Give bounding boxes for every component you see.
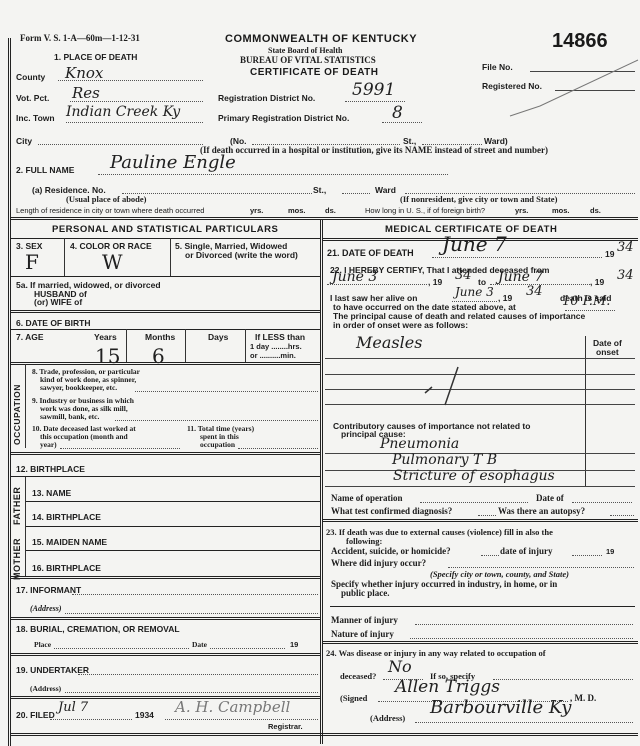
age-row-line bbox=[10, 362, 320, 365]
less-label-2: 1 day ........hrs. bbox=[250, 342, 302, 351]
primary-district-value: 8 bbox=[392, 103, 403, 123]
birthplace-label: 12. BIRTHPLACE bbox=[16, 464, 85, 474]
informant-address-line bbox=[65, 613, 318, 614]
trade-label-3: sawyer, bookkeeper, etc. bbox=[40, 383, 117, 392]
registration-district-value: 5991 bbox=[352, 80, 395, 100]
board-name: State Board of Health bbox=[268, 46, 342, 55]
registrar-line bbox=[165, 719, 318, 720]
industry-label-3: sawmill, bank, etc. bbox=[40, 412, 99, 421]
occ-related-label: 24. Was disease or injury in any way rel… bbox=[326, 648, 546, 658]
test-label: What test confirmed diagnosis? bbox=[331, 506, 452, 516]
from-year-prefix: , 19 bbox=[428, 277, 442, 287]
accident-line bbox=[481, 555, 499, 556]
burial-place-line bbox=[54, 648, 189, 649]
last-saw-value: June 3 bbox=[455, 285, 494, 299]
md-label: , M. D. bbox=[570, 693, 596, 703]
operation-date-line bbox=[572, 502, 632, 503]
less-label-3: or ..........min. bbox=[250, 351, 296, 360]
marital-label-2: or Divorced (write the word) bbox=[185, 250, 298, 260]
time-value: 10 P.M. bbox=[562, 294, 610, 309]
column-divider bbox=[320, 219, 323, 744]
bottom-border bbox=[10, 733, 638, 736]
age-label: 7. AGE bbox=[16, 332, 44, 342]
if-so-line bbox=[493, 679, 633, 680]
residence-ward-label: Ward bbox=[375, 185, 396, 195]
operation-bottom-line bbox=[323, 519, 638, 522]
days-divider bbox=[245, 329, 246, 362]
sex-value: F bbox=[25, 250, 39, 274]
mother-birthplace-line bbox=[10, 576, 320, 579]
to-value: June 7 bbox=[498, 269, 543, 285]
length-yrs: yrs. bbox=[250, 206, 263, 215]
foreign-birth-label: How long in U. S., if of foreign birth? bbox=[365, 206, 485, 215]
parents-side-divider bbox=[25, 477, 26, 577]
residence-line bbox=[122, 193, 312, 194]
filed-date-value: Jul 7 bbox=[58, 700, 88, 715]
months-label: Months bbox=[145, 332, 175, 342]
birthplace-line bbox=[10, 476, 320, 477]
cause-line-2 bbox=[325, 374, 635, 375]
where-line bbox=[448, 567, 634, 568]
specify-line bbox=[330, 606, 635, 607]
mother-maiden-label: 15. MAIDEN NAME bbox=[32, 537, 107, 547]
spouse-row-line bbox=[10, 310, 320, 313]
mother-birthplace-label: 16. BIRTHPLACE bbox=[32, 563, 101, 573]
vot-pct-label: Vot. Pct. bbox=[16, 93, 49, 103]
contributory-cause-2: Pulmonary T B bbox=[392, 452, 497, 468]
left-border bbox=[8, 38, 11, 746]
mother-maiden-line bbox=[26, 550, 320, 551]
inc-town-label: Inc. Town bbox=[16, 113, 55, 123]
informant-line bbox=[72, 594, 318, 595]
cause-strike-mark bbox=[380, 365, 470, 410]
contributory-cause-1: Pneumonia bbox=[380, 436, 459, 452]
dod-year-prefix: 19 bbox=[605, 249, 614, 259]
injury-date-label: date of injury bbox=[500, 546, 553, 556]
filed-date-line bbox=[50, 719, 132, 720]
inc-town-line bbox=[66, 122, 203, 123]
length-mos: mos. bbox=[288, 206, 306, 215]
hospital-note: (If death occurred in a hospital or inst… bbox=[200, 145, 548, 155]
filed-label: 20. FILED bbox=[16, 710, 55, 720]
vot-pct-value: Res bbox=[72, 84, 100, 102]
cause-line-1 bbox=[325, 358, 635, 359]
contributory-cause-3: Stricture of esophagus bbox=[393, 468, 555, 484]
filed-year-value: 1934 bbox=[135, 710, 154, 720]
undertaker-address-label: (Address) bbox=[30, 684, 61, 693]
death-certificate: Form V. S. 1-A—60m—1-12-31 COMMONWEALTH … bbox=[0, 0, 640, 746]
length-ds: ds. bbox=[325, 206, 336, 215]
inc-town-value: Indian Creek Ky bbox=[66, 104, 180, 120]
burial-year-prefix: 19 bbox=[290, 640, 298, 649]
undertaker-address-line bbox=[65, 692, 318, 693]
foreign-mos: mos. bbox=[552, 206, 570, 215]
days-label: Days bbox=[208, 332, 228, 342]
informant-address-label: (Address) bbox=[30, 604, 62, 613]
length-residence-label: Length of residence in city or town wher… bbox=[16, 206, 204, 215]
occupation-bottom-line bbox=[10, 452, 320, 455]
total-time-line bbox=[238, 448, 318, 449]
specify-label-2: public place. bbox=[341, 588, 390, 598]
manner-line bbox=[415, 624, 633, 625]
injury-year-prefix: 19 bbox=[606, 547, 614, 556]
years-label: Years bbox=[94, 332, 117, 342]
state-title: COMMONWEALTH OF KENTUCKY bbox=[225, 33, 417, 45]
from-value: June 3 bbox=[332, 269, 377, 285]
place-of-death-label: 1. PLACE OF DEATH bbox=[54, 52, 137, 62]
county-value: Knox bbox=[65, 64, 103, 82]
cause-line-3 bbox=[325, 389, 635, 390]
personal-title-line bbox=[10, 238, 320, 239]
dod-value: June 7 bbox=[442, 232, 507, 256]
registrar-signature: A. H. Campbell bbox=[175, 698, 290, 716]
residence-ward-pre-line bbox=[342, 193, 370, 194]
principal-label-2: in order of onset were as follows: bbox=[333, 320, 468, 330]
occupation-side-label: OCCUPATION bbox=[12, 384, 22, 445]
foreign-ds: ds. bbox=[590, 206, 601, 215]
total-time-label-3: occupation bbox=[200, 440, 235, 449]
residence-sub: (Usual place of abode) bbox=[66, 194, 147, 204]
nature-bottom-line bbox=[323, 641, 638, 644]
undertaker-line bbox=[78, 674, 318, 675]
primary-district-label: Primary Registration District No. bbox=[218, 113, 349, 123]
autopsy-line bbox=[610, 515, 634, 516]
test-line bbox=[478, 515, 496, 516]
years-divider bbox=[126, 329, 127, 362]
residence-st-label: St., bbox=[313, 185, 326, 195]
signed-value: Allen Triggs bbox=[395, 677, 500, 697]
certificate-title: CERTIFICATE OF DEATH bbox=[250, 67, 379, 78]
dob-row-line bbox=[10, 329, 320, 330]
father-name-label: 13. NAME bbox=[32, 488, 71, 498]
father-birthplace-line bbox=[26, 526, 320, 527]
manner-label: Manner of injury bbox=[331, 615, 398, 625]
main-divider bbox=[10, 217, 638, 220]
nature-line bbox=[410, 638, 633, 639]
race-value: W bbox=[102, 250, 123, 274]
burial-date-label: Date bbox=[192, 640, 207, 649]
physician-address-label: (Address) bbox=[370, 713, 405, 723]
contributory-line-3 bbox=[325, 486, 635, 487]
less-label-1: If LESS than bbox=[255, 332, 305, 342]
accident-label: Accident, suicide, or homicide? bbox=[331, 546, 451, 556]
registration-district-line bbox=[345, 101, 405, 102]
deceased-value: No bbox=[388, 657, 412, 676]
deceased-label: deceased? bbox=[340, 671, 376, 681]
full-name-label: 2. FULL NAME bbox=[16, 165, 74, 175]
sex-row-line bbox=[10, 276, 320, 277]
physician-address-value: Barbourville Ky bbox=[430, 697, 571, 718]
nonresident-note: (If nonresident, give city or town and S… bbox=[400, 194, 557, 204]
burial-bottom-line bbox=[10, 653, 320, 656]
months-divider bbox=[185, 329, 186, 362]
operation-date-label: Date of bbox=[536, 493, 564, 503]
burial-label: 18. BURIAL, CREMATION, OR REMOVAL bbox=[16, 624, 180, 634]
registration-district-label: Registration District No. bbox=[218, 93, 315, 103]
where-note: (Specify city or town, county, and State… bbox=[430, 569, 569, 579]
from-year: 34 bbox=[455, 268, 472, 283]
burial-place-label: Place bbox=[34, 640, 51, 649]
to-year-prefix: , 19 bbox=[590, 277, 604, 287]
onset-label-2: onset bbox=[596, 347, 619, 357]
registrar-label: Registrar. bbox=[268, 722, 303, 731]
to-year: 34 bbox=[617, 268, 634, 283]
full-name-line bbox=[98, 174, 448, 175]
informant-bottom-line bbox=[10, 617, 320, 620]
nature-label: Nature of injury bbox=[331, 629, 394, 639]
physician-address-line bbox=[415, 722, 633, 723]
industry-line bbox=[115, 420, 318, 421]
operation-line bbox=[420, 502, 528, 503]
dod-line bbox=[432, 257, 602, 258]
spouse-label-3: (or) WIFE of bbox=[34, 297, 82, 307]
bureau-name: BUREAU OF VITAL STATISTICS bbox=[240, 55, 376, 65]
dod-year: 34 bbox=[617, 240, 634, 255]
father-birthplace-label: 14. BIRTHPLACE bbox=[32, 512, 101, 522]
where-label: Where did injury occur? bbox=[331, 558, 426, 568]
city-label: City bbox=[16, 136, 32, 146]
father-name-line bbox=[26, 501, 320, 502]
occupation-side-divider bbox=[25, 364, 26, 448]
dob-label: 6. DATE OF BIRTH bbox=[16, 318, 90, 328]
stamped-number: 14866 bbox=[552, 30, 608, 53]
operation-label: Name of operation bbox=[331, 493, 403, 503]
race-divider bbox=[170, 238, 171, 276]
dod-label: 21. DATE OF DEATH bbox=[327, 248, 414, 258]
form-id: Form V. S. 1-A—60m—1-12-31 bbox=[20, 33, 140, 43]
mother-side-label: MOTHER bbox=[12, 538, 22, 580]
foreign-yrs: yrs. bbox=[515, 206, 528, 215]
last-worked-label-3: year) bbox=[40, 440, 57, 449]
cause-line-4 bbox=[325, 404, 635, 405]
autopsy-label: Was there an autopsy? bbox=[498, 506, 585, 516]
full-name-value: Pauline Engle bbox=[110, 152, 236, 173]
sex-divider bbox=[64, 238, 65, 276]
injury-date-line bbox=[572, 555, 602, 556]
personal-section-title: PERSONAL AND STATISTICAL PARTICULARS bbox=[52, 224, 278, 235]
county-label: County bbox=[16, 72, 45, 82]
city-line bbox=[38, 144, 203, 145]
signed-label: (Signed bbox=[340, 693, 367, 703]
last-saw-year: 34 bbox=[526, 284, 543, 299]
trade-line bbox=[135, 391, 318, 392]
external-label-2: following: bbox=[346, 536, 382, 546]
diagonal-strike-mark bbox=[500, 58, 640, 118]
last-worked-line bbox=[60, 448, 180, 449]
burial-date-line bbox=[210, 648, 285, 649]
father-side-label: FATHER bbox=[12, 487, 22, 525]
principal-cause-value: Measles bbox=[356, 333, 422, 352]
